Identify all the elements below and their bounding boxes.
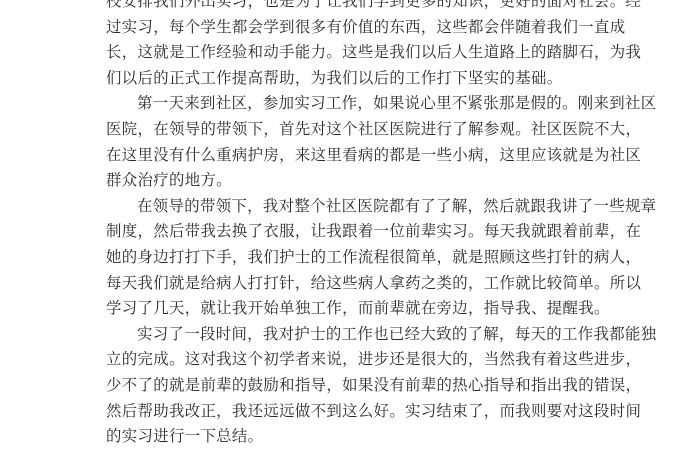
paragraph-2: 第一天来到社区，参加实习工作，如果说心里不紧张那是假的。刚来到社区 医院，在领导… — [106, 91, 592, 193]
text-line: 的实习进行一下总结。 — [106, 424, 592, 450]
paragraph-4: 实习了一段时间，我对护士的工作也已经大致的了解，每天的工作我都能独 立的完成。这… — [106, 322, 592, 450]
text-line: 实习了一段时间，我对护士的工作也已经大致的了解，每天的工作我都能独 — [106, 322, 592, 348]
document-page: 校安排我们外出实习，也是为了让我们学到更多的知识，更好的面对社会。经 过实习，每… — [106, 0, 592, 450]
text-line: 校安排我们外出实习，也是为了让我们学到更多的知识，更好的面对社会。经 — [106, 0, 592, 15]
text-line: 们以后的正式工作提高帮助，为我们以后的工作打下坚实的基础。 — [106, 66, 592, 92]
text-line: 然后帮助我改正，我还远远做不到这么好。实习结束了，而我则要对这段时间 — [106, 399, 592, 425]
paragraph-1: 校安排我们外出实习，也是为了让我们学到更多的知识，更好的面对社会。经 过实习，每… — [106, 0, 592, 91]
paragraph-3: 在领导的带领下，我对整个社区医院都有了了解，然后就跟我讲了一些规章 制度，然后带… — [106, 194, 592, 322]
text-line: 长，这就是工作经验和动手能力。这些是我们以后人生道路上的踏脚石，为我 — [106, 40, 592, 66]
text-line: 医院，在领导的带领下，首先对这个社区医院进行了解参观。社区医院不大， — [106, 117, 592, 143]
text-line: 她的身边打打下手，我们护士的工作流程很简单，就是照顾这些打针的病人， — [106, 245, 592, 271]
text-line: 少不了的就是前辈的鼓励和指导，如果没有前辈的热心指导和指出我的错误， — [106, 373, 592, 399]
text-line: 过实习，每个学生都会学到很多有价值的东西，这些都会伴随着我们一直成 — [106, 15, 592, 41]
text-line: 每天我们就是给病人打打针，给这些病人拿药之类的，工作就比较简单。所以 — [106, 271, 592, 297]
text-line: 群众治疗的地方。 — [106, 168, 592, 194]
text-line: 立的完成。这对我这个初学者来说，进步还是很大的，当然我有着这些进步， — [106, 347, 592, 373]
text-line: 第一天来到社区，参加实习工作，如果说心里不紧张那是假的。刚来到社区 — [106, 91, 592, 117]
text-line: 学习了几天，就让我开始单独工作，而前辈就在旁边，指导我、提醒我。 — [106, 296, 592, 322]
text-line: 制度，然后带我去换了衣服，让我跟着一位前辈实习。每天我就跟着前辈，在 — [106, 219, 592, 245]
text-line: 在领导的带领下，我对整个社区医院都有了了解，然后就跟我讲了一些规章 — [106, 194, 592, 220]
text-line: 在这里没有什么重病护房，来这里看病的都是一些小病，这里应该就是为社区 — [106, 143, 592, 169]
